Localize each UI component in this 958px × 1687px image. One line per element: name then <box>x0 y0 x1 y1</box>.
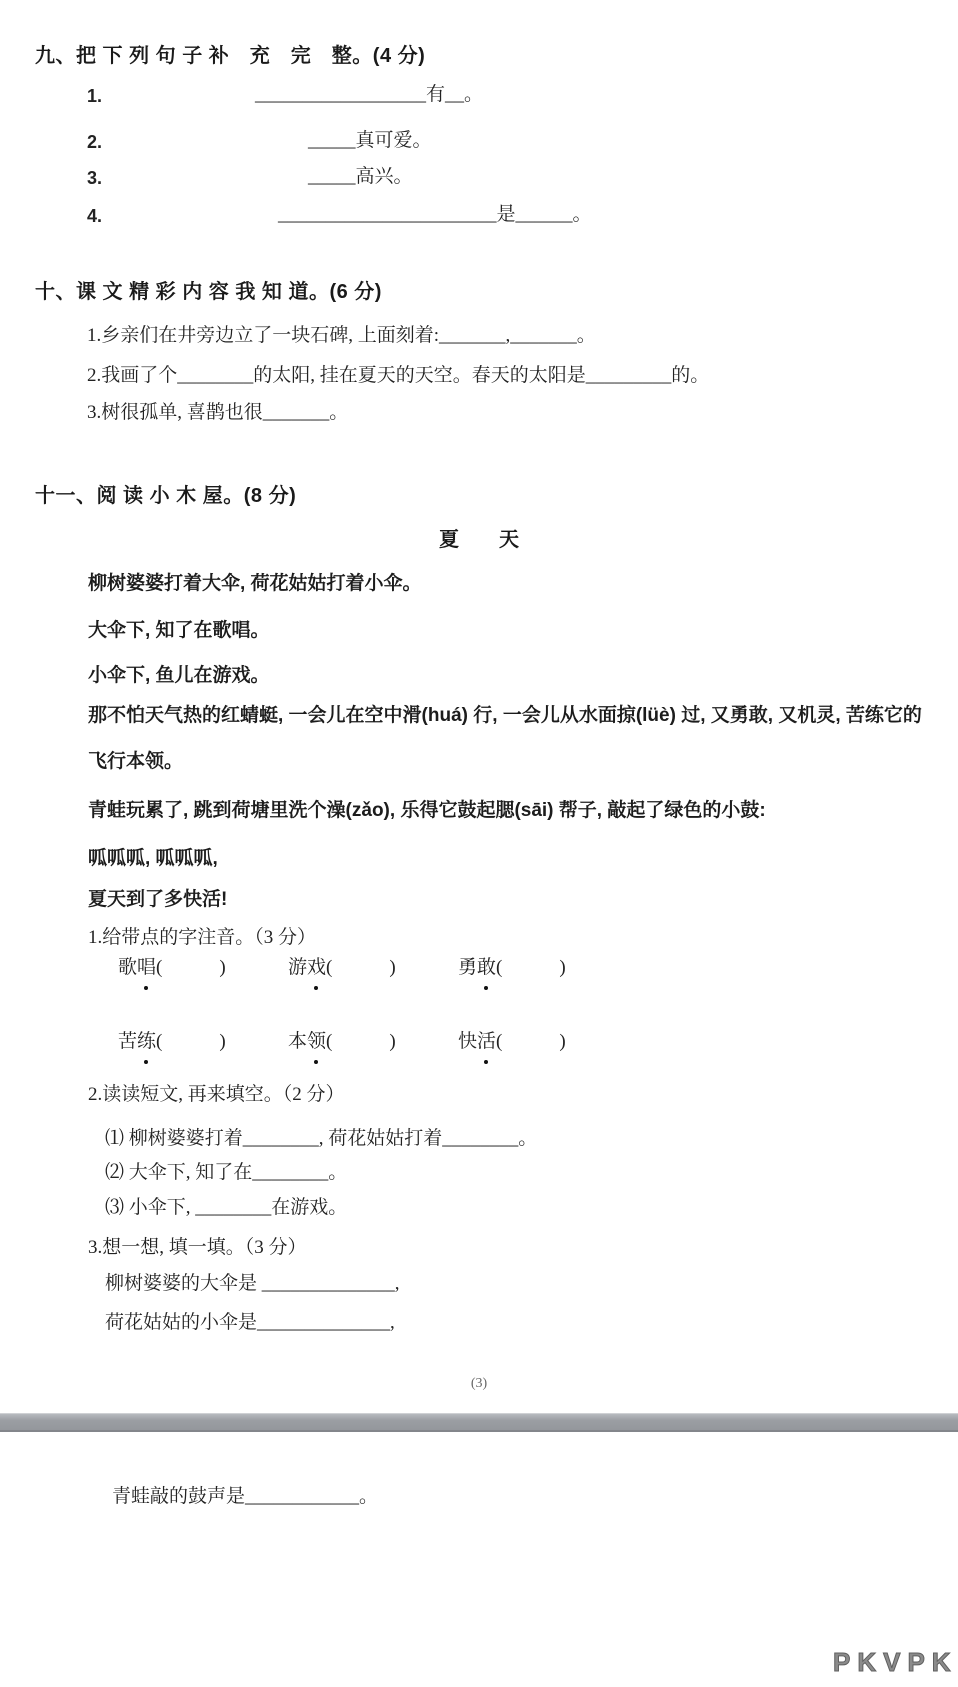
poem-line-6: 青蛙玩累了, 跳到荷塘里洗个澡(zǎo), 乐得它鼓起腮(sāi) 帮子, 敲起… <box>88 799 766 823</box>
section9-item3-blank: _____高兴。 <box>308 165 413 189</box>
pinyin-answer-paren: ( ) <box>496 957 566 978</box>
section11-q3-line3-frog: 青蛙敲的鼓声是____________。 <box>112 1485 378 1509</box>
section11-q2-sub1: ⑴ 柳树婆婆打着________, 荷花姑姑打着________。 <box>105 1127 537 1151</box>
section11-q3-line2: 荷花姑姑的小伞是______________, <box>105 1311 395 1335</box>
exam-paper-page: 九、把 下 列 句 子 补 充 完 整。(4 分) 1. ___________… <box>0 0 958 1687</box>
pinyin-word: 本领 <box>288 1031 326 1052</box>
pinyin-word: 勇敢 <box>458 957 496 978</box>
section9-item1-blank: __________________有__。 <box>255 83 483 107</box>
pinyin-answer-paren: ( ) <box>156 957 226 978</box>
page-break-divider <box>0 1413 958 1432</box>
section10-question-1: 1.乡亲们在井旁边立了一块石碑, 上面刻着:_______,_______。 <box>87 324 596 348</box>
poem-line-1: 柳树婆婆打着大伞, 荷花姑姑打着小伞。 <box>88 572 422 596</box>
pinyin-answer-paren: ( ) <box>496 1031 566 1052</box>
pinyin-word: 歌唱 <box>118 957 156 978</box>
section10-question-3: 3.树很孤单, 喜鹊也很_______。 <box>87 401 348 425</box>
poem-line-8: 夏天到了多快活! <box>88 888 227 912</box>
pinyin-answer-paren: ( ) <box>326 957 396 978</box>
emphasis-dot <box>484 1060 488 1064</box>
poem-line-5: 飞行本领。 <box>88 750 183 774</box>
section9-item2-blank: _____真可爱。 <box>308 129 432 153</box>
pinyin-cell-kuaihuo: 快活( ) <box>458 1030 624 1054</box>
section11-q2-label: 2.读读短文, 再来填空。（2 分） <box>88 1083 345 1107</box>
section9-item1-number: 1. <box>87 85 102 108</box>
watermark-text: PKVPK <box>833 1646 958 1679</box>
pinyin-word: 游戏 <box>288 957 326 978</box>
emphasis-dot <box>144 986 148 990</box>
section9-item3-number: 3. <box>87 167 102 190</box>
section11-q1-label: 1.给带点的字注音。（3 分） <box>88 926 316 950</box>
poem-line-4: 那不怕天气热的红蜻蜓, 一会儿在空中滑(huá) 行, 一会儿从水面掠(lüè)… <box>88 704 922 728</box>
poem-title: 夏 天 <box>0 528 958 553</box>
section9-heading: 九、把 下 列 句 子 补 充 完 整。(4 分) <box>35 44 425 69</box>
pinyin-word: 快活 <box>458 1031 496 1052</box>
section10-heading: 十、课 文 精 彩 内 容 我 知 道。(6 分) <box>35 280 382 305</box>
poem-line-2: 大伞下, 知了在歌唱。 <box>88 619 270 643</box>
section11-q3-line1: 柳树婆婆的大伞是 ______________, <box>105 1272 400 1296</box>
emphasis-dot <box>144 1060 148 1064</box>
pinyin-cell-benling: 本领( ) <box>288 1030 454 1054</box>
section11-q2-sub3: ⑶ 小伞下, ________在游戏。 <box>105 1196 347 1220</box>
pinyin-cell-youxi: 游戏( ) <box>288 956 454 980</box>
pinyin-word: 苦练 <box>118 1031 156 1052</box>
poem-line-3: 小伞下, 鱼儿在游戏。 <box>88 664 270 688</box>
section9-item4-number: 4. <box>87 205 102 228</box>
page-number: (3) <box>0 1375 958 1393</box>
section9-item2-number: 2. <box>87 131 102 154</box>
pinyin-row-1: 歌唱( ) 游戏( ) 勇敢( ) <box>118 956 624 980</box>
pinyin-cell-kulian: 苦练( ) <box>118 1030 284 1054</box>
poem-line-7: 呱呱呱, 呱呱呱, <box>88 847 218 871</box>
pinyin-row-2: 苦练( ) 本领( ) 快活( ) <box>118 1030 624 1054</box>
pinyin-answer-paren: ( ) <box>326 1031 396 1052</box>
section11-q2-sub2: ⑵ 大伞下, 知了在________。 <box>105 1161 347 1185</box>
section10-question-2: 2.我画了个________的太阳, 挂在夏天的天空。春天的太阳是_______… <box>87 364 709 388</box>
emphasis-dot <box>314 986 318 990</box>
pinyin-cell-gechang: 歌唱( ) <box>118 956 284 980</box>
pinyin-cell-yonggan: 勇敢( ) <box>458 956 624 980</box>
section11-heading: 十一、阅 读 小 木 屋。(8 分) <box>35 484 296 509</box>
section9-item4-blank: _______________________是______。 <box>278 203 592 227</box>
pinyin-answer-paren: ( ) <box>156 1031 226 1052</box>
emphasis-dot <box>314 1060 318 1064</box>
section11-q3-label: 3.想一想, 填一填。（3 分） <box>88 1236 307 1260</box>
emphasis-dot <box>484 986 488 990</box>
